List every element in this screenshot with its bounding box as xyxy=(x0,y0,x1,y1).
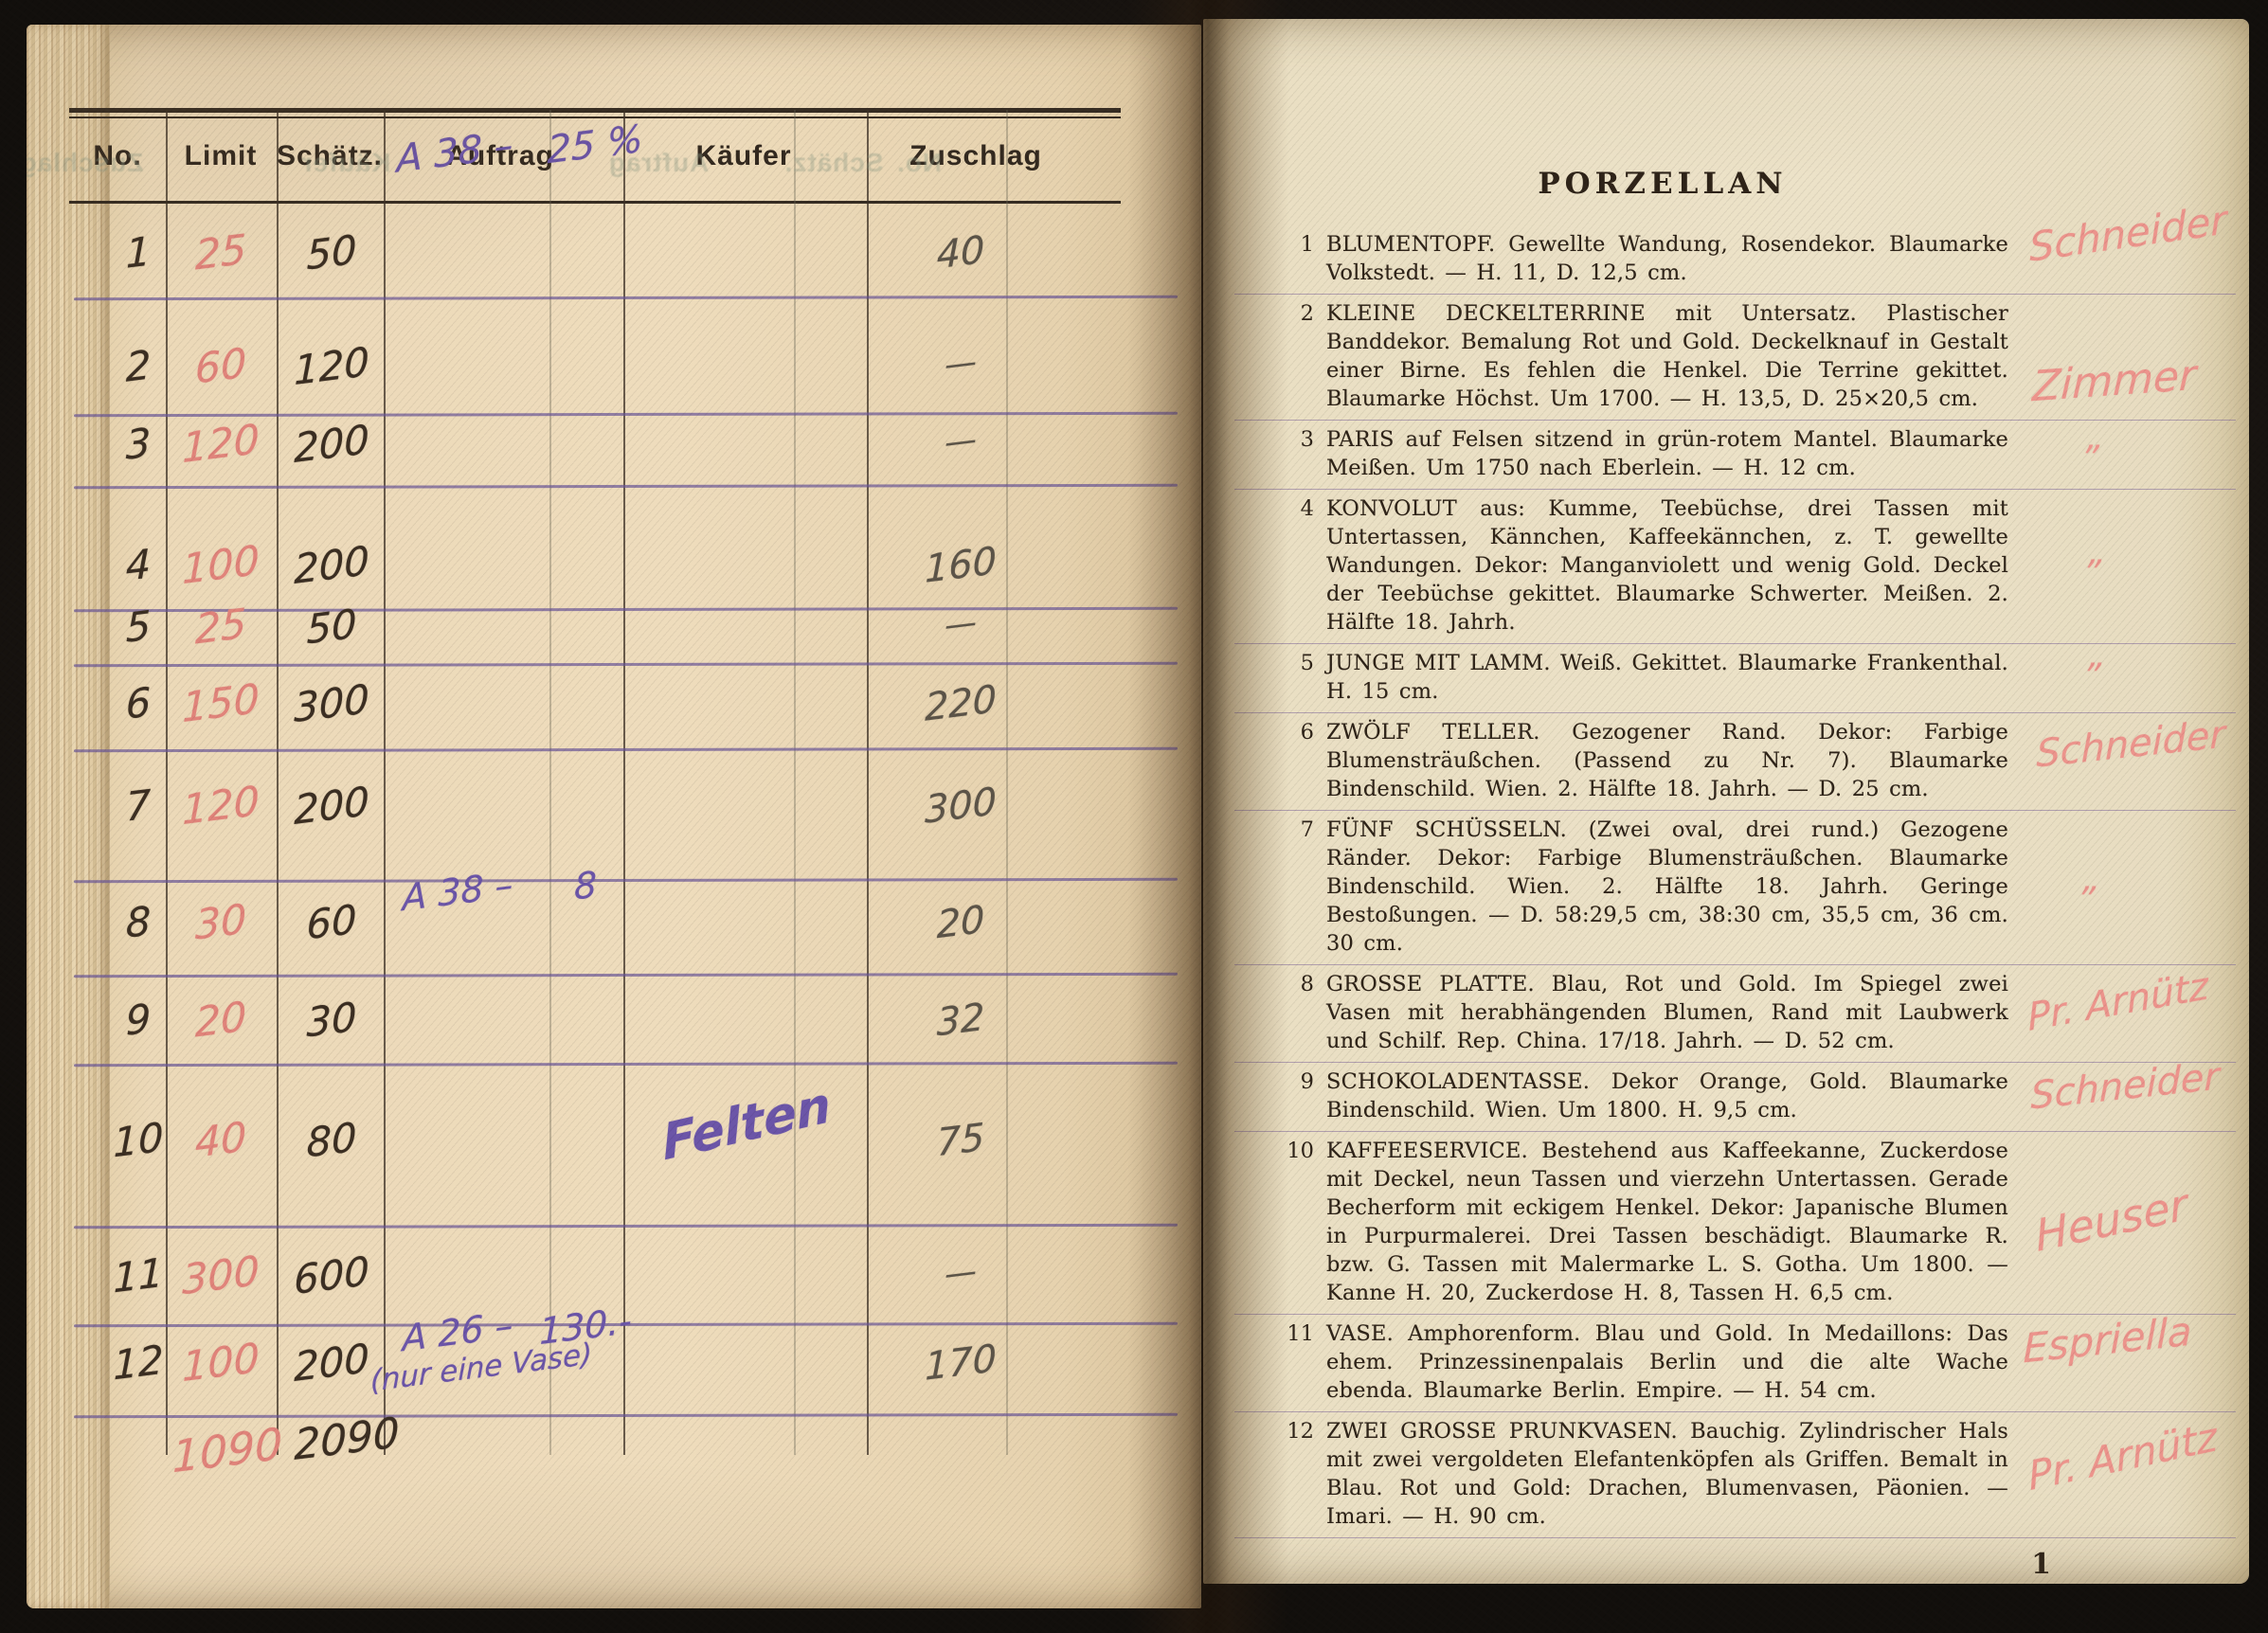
catalog-entry: 2KLEINE DECKELTERRINE mit Untersatz. Pla… xyxy=(1234,295,2236,421)
row-separator xyxy=(74,973,1178,978)
entry-body: 4KONVOLUT aus: Kumme, Teebüchse, drei Ta… xyxy=(1274,494,2008,637)
entry-body: 9SCHOKOLADENTASSE. Dekor Orange, Gold. B… xyxy=(1274,1068,2008,1124)
cell-schaetz: 50 xyxy=(306,601,356,654)
entry-description: KAFFEESERVICE. Bestehend aus Kaffeekanne… xyxy=(1326,1137,2008,1307)
cell-zuschlag: 300 xyxy=(925,780,997,833)
column-line xyxy=(867,110,869,1455)
margin-annotation: „ xyxy=(2087,637,2109,675)
row-separator xyxy=(74,1062,1178,1067)
margin-annotation: „ xyxy=(2085,419,2107,458)
entry-number: 11 xyxy=(1274,1319,1326,1405)
cell-schaetz: 200 xyxy=(294,416,369,472)
cell-no: 8 xyxy=(126,897,152,947)
row-separator xyxy=(74,1224,1178,1229)
ghost-header: Zuschlag xyxy=(27,148,143,178)
row-separator xyxy=(74,296,1178,300)
ledger-header-limit: Limit xyxy=(185,140,258,172)
entry-description: ZWEI GROSSE PRUNKVASEN. Bauchig. Zylindr… xyxy=(1326,1417,2008,1531)
cell-limit: 120 xyxy=(182,778,259,834)
top-annotation-code: A 38 – xyxy=(397,123,513,181)
cell-schaetz: 200 xyxy=(294,537,369,593)
cell-no: 1 xyxy=(126,227,152,278)
auction-catalog-scan: No.LimitSchätz.AuftragKäuferZuschlagZusc… xyxy=(0,0,2268,1633)
entry-body: 3PARIS auf Felsen sitzend in grün-rotem … xyxy=(1274,425,2008,482)
entry-description: VASE. Amphorenform. Blau und Gold. In Me… xyxy=(1326,1319,2008,1405)
table-top-rule xyxy=(69,108,1121,113)
cell-kaeufer: Felten xyxy=(660,1076,833,1172)
entry-body: 2KLEINE DECKELTERRINE mit Untersatz. Pla… xyxy=(1274,299,2008,413)
cell-limit: 60 xyxy=(195,339,246,393)
page-title: PORZELLAN xyxy=(1274,167,2051,201)
row-separator xyxy=(74,412,1178,417)
entry-number: 12 xyxy=(1274,1417,1326,1531)
cell-no: 3 xyxy=(126,419,152,469)
cell-schaetz: 120 xyxy=(294,338,369,394)
cell-zuschlag: — xyxy=(945,421,977,462)
cell-schaetz: 300 xyxy=(294,675,369,731)
entry-body: 10KAFFEESERVICE. Bestehend aus Kaffeekan… xyxy=(1274,1137,2008,1307)
cell-limit: 100 xyxy=(182,537,259,594)
row-separator xyxy=(74,662,1178,667)
row-separator xyxy=(74,1413,1178,1418)
column-line-faint xyxy=(549,110,551,1455)
cell-no: 5 xyxy=(126,601,152,652)
cell-no: 9 xyxy=(126,995,152,1045)
cell-limit: 20 xyxy=(195,993,246,1047)
header-bottom-rule xyxy=(69,201,1121,204)
cell-schaetz: 60 xyxy=(306,896,356,949)
catalog-entry: 4KONVOLUT aus: Kumme, Teebüchse, drei Ta… xyxy=(1234,490,2236,644)
catalog-entry: 9SCHOKOLADENTASSE. Dekor Orange, Gold. B… xyxy=(1234,1063,2236,1132)
entry-number: 6 xyxy=(1274,718,1326,803)
entry-description: SCHOKOLADENTASSE. Dekor Orange, Gold. Bl… xyxy=(1326,1068,2008,1124)
column-line xyxy=(277,110,279,1455)
cell-schaetz: 80 xyxy=(306,1114,356,1167)
catalog-column: PORZELLAN 1BLUMENTOPF. Gewellte Wandung,… xyxy=(1274,167,2249,1581)
ghost-header: Schätz. xyxy=(783,148,883,178)
cell-limit: 25 xyxy=(195,600,246,654)
table-top-rule-2 xyxy=(69,117,1121,118)
cell-no: 4 xyxy=(126,540,152,590)
catalog-entry: 7FÜNF SCHÜSSELN. (Zwei oval, drei rund.)… xyxy=(1234,811,2236,965)
cell-no: 6 xyxy=(126,678,152,728)
catalog-page: PORZELLAN 1BLUMENTOPF. Gewellte Wandung,… xyxy=(1203,19,2249,1584)
cell-limit: 300 xyxy=(182,1247,259,1304)
entry-number: 4 xyxy=(1274,494,1326,637)
entry-body: 7FÜNF SCHÜSSELN. (Zwei oval, drei rund.)… xyxy=(1274,816,2008,958)
cell-no: 11 xyxy=(113,1249,163,1302)
catalog-entry: 11VASE. Amphorenform. Blau und Gold. In … xyxy=(1234,1315,2236,1412)
margin-annotation: Heuser xyxy=(2033,1178,2189,1262)
cell-zuschlag: — xyxy=(945,603,977,645)
cell-limit: 30 xyxy=(195,895,246,949)
margin-annotation: Pr. Arnütz xyxy=(2026,1413,2220,1499)
entry-description: ZWÖLF TELLER. Gezogener Rand. Dekor: Far… xyxy=(1326,718,2008,803)
catalog-entry: 6ZWÖLF TELLER. Gezogener Rand. Dekor: Fa… xyxy=(1234,713,2236,811)
cell-no: 10 xyxy=(113,1114,163,1167)
entry-number: 3 xyxy=(1274,425,1326,482)
entry-description: GROSSE PLATTE. Blau, Rot und Gold. Im Sp… xyxy=(1326,970,2008,1055)
entry-description: BLUMENTOPF. Gewellte Wandung, Rosendekor… xyxy=(1326,230,2008,287)
cell-no: 2 xyxy=(126,341,152,391)
page-number: 1 xyxy=(1274,1548,2061,1581)
cell-auftrag-code: A 38 – xyxy=(403,864,513,920)
catalog-entry: 3PARIS auf Felsen sitzend in grün-rotem … xyxy=(1234,421,2236,490)
entry-body: 1BLUMENTOPF. Gewellte Wandung, Rosendeko… xyxy=(1274,230,2008,287)
catalog-entry: 5JUNGE MIT LAMM. Weiß. Gekittet. Blaumar… xyxy=(1234,644,2236,713)
margin-annotation: „ xyxy=(2081,860,2103,899)
cell-zuschlag: 220 xyxy=(925,677,997,730)
cell-zuschlag: 32 xyxy=(937,996,985,1046)
margin-annotation: Schneider xyxy=(2037,712,2225,776)
cell-schaetz: 200 xyxy=(294,1335,369,1391)
catalog-entry: 1BLUMENTOPF. Gewellte Wandung, Rosendeko… xyxy=(1234,225,2236,295)
row-separator xyxy=(74,484,1178,489)
column-line-faint xyxy=(794,110,796,1455)
total-limit: 1090 xyxy=(172,1418,282,1483)
entry-body: 5JUNGE MIT LAMM. Weiß. Gekittet. Blaumar… xyxy=(1274,649,2008,706)
ledger-header-kufer: Käufer xyxy=(695,140,791,172)
entry-number: 9 xyxy=(1274,1068,1326,1124)
column-line xyxy=(623,110,625,1455)
cell-zuschlag: 75 xyxy=(937,1116,985,1166)
catalog-entry: 10KAFFEESERVICE. Bestehend aus Kaffeekan… xyxy=(1234,1132,2236,1315)
margin-annotation: Schneider xyxy=(2031,1054,2220,1118)
catalog-entry: 12ZWEI GROSSE PRUNKVASEN. Bauchig. Zylin… xyxy=(1234,1412,2236,1538)
catalog-entry: 8GROSSE PLATTE. Blau, Rot und Gold. Im S… xyxy=(1234,965,2236,1063)
cell-zuschlag: — xyxy=(945,1252,977,1294)
cell-limit: 150 xyxy=(182,675,259,732)
cell-schaetz: 50 xyxy=(306,226,356,279)
cell-zuschlag: — xyxy=(945,343,977,385)
cell-schaetz: 600 xyxy=(294,1247,369,1303)
entry-number: 7 xyxy=(1274,816,1326,958)
entry-body: 8GROSSE PLATTE. Blau, Rot und Gold. Im S… xyxy=(1274,970,2008,1055)
entry-number: 8 xyxy=(1274,970,1326,1055)
entry-number: 5 xyxy=(1274,649,1326,706)
entry-body: 11VASE. Amphorenform. Blau und Gold. In … xyxy=(1274,1319,2008,1405)
margin-annotation: „ xyxy=(2087,533,2109,572)
entry-number: 1 xyxy=(1274,230,1326,287)
margin-annotation: Zimmer xyxy=(2031,351,2197,411)
entry-number: 2 xyxy=(1274,299,1326,413)
entry-description: KLEINE DECKELTERRINE mit Untersatz. Plas… xyxy=(1326,299,2008,413)
catalog-entries: 1BLUMENTOPF. Gewellte Wandung, Rosendeko… xyxy=(1274,225,2249,1538)
margin-annotation: Espriella xyxy=(2023,1308,2191,1373)
cell-limit: 40 xyxy=(195,1113,246,1167)
cell-auftrag-amount: 8 xyxy=(574,863,597,907)
ghost-header: No. xyxy=(896,148,942,178)
cell-limit: 120 xyxy=(182,416,259,473)
entry-description: FÜNF SCHÜSSELN. (Zwei oval, drei rund.) … xyxy=(1326,816,2008,958)
row-separator xyxy=(74,878,1178,883)
cell-zuschlag: 40 xyxy=(937,228,985,278)
cell-limit: 100 xyxy=(182,1335,259,1391)
row-separator xyxy=(74,747,1178,752)
cell-zuschlag: 20 xyxy=(937,898,985,948)
entry-number: 10 xyxy=(1274,1137,1326,1307)
column-line xyxy=(166,110,168,1455)
entry-body: 12ZWEI GROSSE PRUNKVASEN. Bauchig. Zylin… xyxy=(1274,1417,2008,1531)
cell-schaetz: 200 xyxy=(294,778,369,834)
entry-body: 6ZWÖLF TELLER. Gezogener Rand. Dekor: Fa… xyxy=(1274,718,2008,803)
cell-zuschlag: 160 xyxy=(925,539,997,592)
total-schaetz: 2090 xyxy=(294,1409,399,1470)
ghost-header: Käufer xyxy=(301,148,391,178)
entry-description: PARIS auf Felsen sitzend in grün-rotem M… xyxy=(1326,425,2008,482)
margin-annotation: Schneider xyxy=(2028,196,2227,271)
cell-no: 7 xyxy=(126,781,152,831)
cell-no: 12 xyxy=(113,1337,163,1390)
column-line-faint xyxy=(1006,110,1008,1455)
cell-schaetz: 30 xyxy=(306,994,356,1047)
entry-description: KONVOLUT aus: Kumme, Teebüchse, drei Tas… xyxy=(1326,494,2008,637)
column-line xyxy=(384,110,386,1455)
entry-description: JUNGE MIT LAMM. Weiß. Gekittet. Blaumark… xyxy=(1326,649,2008,706)
ledger-page: No.LimitSchätz.AuftragKäuferZuschlagZusc… xyxy=(27,25,1201,1608)
ledger-table: No.LimitSchätz.AuftragKäuferZuschlagZusc… xyxy=(27,25,1201,1608)
cell-limit: 25 xyxy=(195,225,246,279)
margin-annotation: Pr. Arnütz xyxy=(2026,964,2210,1040)
cell-zuschlag: 170 xyxy=(925,1337,997,1390)
